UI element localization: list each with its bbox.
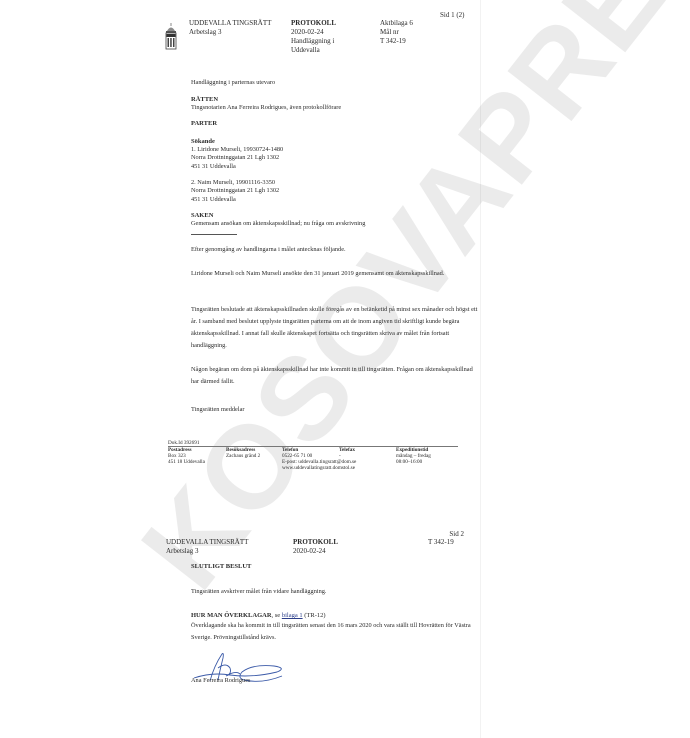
party-city: 451 31 Uddevalla xyxy=(191,195,236,204)
fax-label: Telefax xyxy=(339,447,355,453)
court-division: Arbetslag 3 xyxy=(189,28,221,37)
website-link[interactable]: www.uddevallatingsratt.domstol.se xyxy=(282,465,355,471)
parties-heading: PARTER xyxy=(191,119,217,128)
hours-time: 08:00–16:00 xyxy=(396,459,422,465)
court-name: UDDEVALLA TINGSRÄTT xyxy=(189,19,271,28)
paragraph: Tingsrätten beslutade att äktenskapsskil… xyxy=(191,304,481,352)
visit-line1: Zachaus gränd 2 xyxy=(226,453,260,459)
appendix-link[interactable]: bilaga 1 xyxy=(282,612,303,619)
court-text: Tingsnotarien Ana Ferreira Rodrigues, äv… xyxy=(191,103,341,112)
paragraph: Efter genomgång av handlingarna i målet … xyxy=(191,244,491,256)
doc-date: 2020-02-24 xyxy=(293,547,326,556)
appendix-label: Aktbilaga 6 xyxy=(380,19,413,28)
appeal-ref-suffix: (TR-12) xyxy=(303,612,326,619)
doc-date: 2020-02-24 xyxy=(291,28,324,37)
case-number: T 342-19 xyxy=(428,538,454,547)
court-division: Arbetslag 3 xyxy=(166,547,198,556)
page-number: Sid 1 (2) xyxy=(440,11,465,20)
location-line1: Handläggning i xyxy=(291,37,334,46)
appeal-text: Överklagande ska ha kommit in till tings… xyxy=(191,620,473,644)
intro-text: Handläggning i parternas utevaro xyxy=(191,78,275,87)
appeal-line: HUR MAN ÖVERKLAGAR, se bilaga 1 (TR-12) xyxy=(191,611,326,620)
party-city: 451 31 Uddevalla xyxy=(191,162,236,171)
final-decision-text: Tingsrätten avskriver målet från vidare … xyxy=(191,587,326,596)
signatory-name: Ana Ferreira Rodrigues xyxy=(191,676,250,685)
court-name: UDDEVALLA TINGSRÄTT xyxy=(166,538,248,547)
separator-line xyxy=(191,234,237,235)
appeal-ref-prefix: , se xyxy=(272,612,282,619)
paragraph: Liridone Murseli och Naim Murseli ansökt… xyxy=(191,268,491,280)
page-edge xyxy=(480,0,481,738)
final-decision-heading: SLUTLIGT BESLUT xyxy=(191,562,251,571)
postal-line2: 451 18 Uddevalla xyxy=(168,459,205,465)
matter-text: Gemensam ansökan om äktenskapsskillnad; … xyxy=(191,219,365,228)
paragraph: Någon begäran om dom på äktenskapsskilln… xyxy=(191,364,476,388)
doc-type: PROTOKOLL xyxy=(293,538,338,547)
fax-number: - xyxy=(339,453,341,459)
party-address: Norra Drottninggatan 21 Lgh 1302 xyxy=(191,153,279,162)
case-number: T 342-19 xyxy=(380,37,406,46)
court-emblem-icon xyxy=(164,22,178,52)
party-address: Norra Drottninggatan 21 Lgh 1302 xyxy=(191,186,279,195)
case-label: Mål nr xyxy=(380,28,399,37)
location-line2: Uddevalla xyxy=(291,46,320,55)
appeal-heading: HUR MAN ÖVERKLAGAR xyxy=(191,612,272,619)
paragraph: Tingsrätten meddelar xyxy=(191,404,491,416)
doc-type: PROTOKOLL xyxy=(291,19,336,28)
